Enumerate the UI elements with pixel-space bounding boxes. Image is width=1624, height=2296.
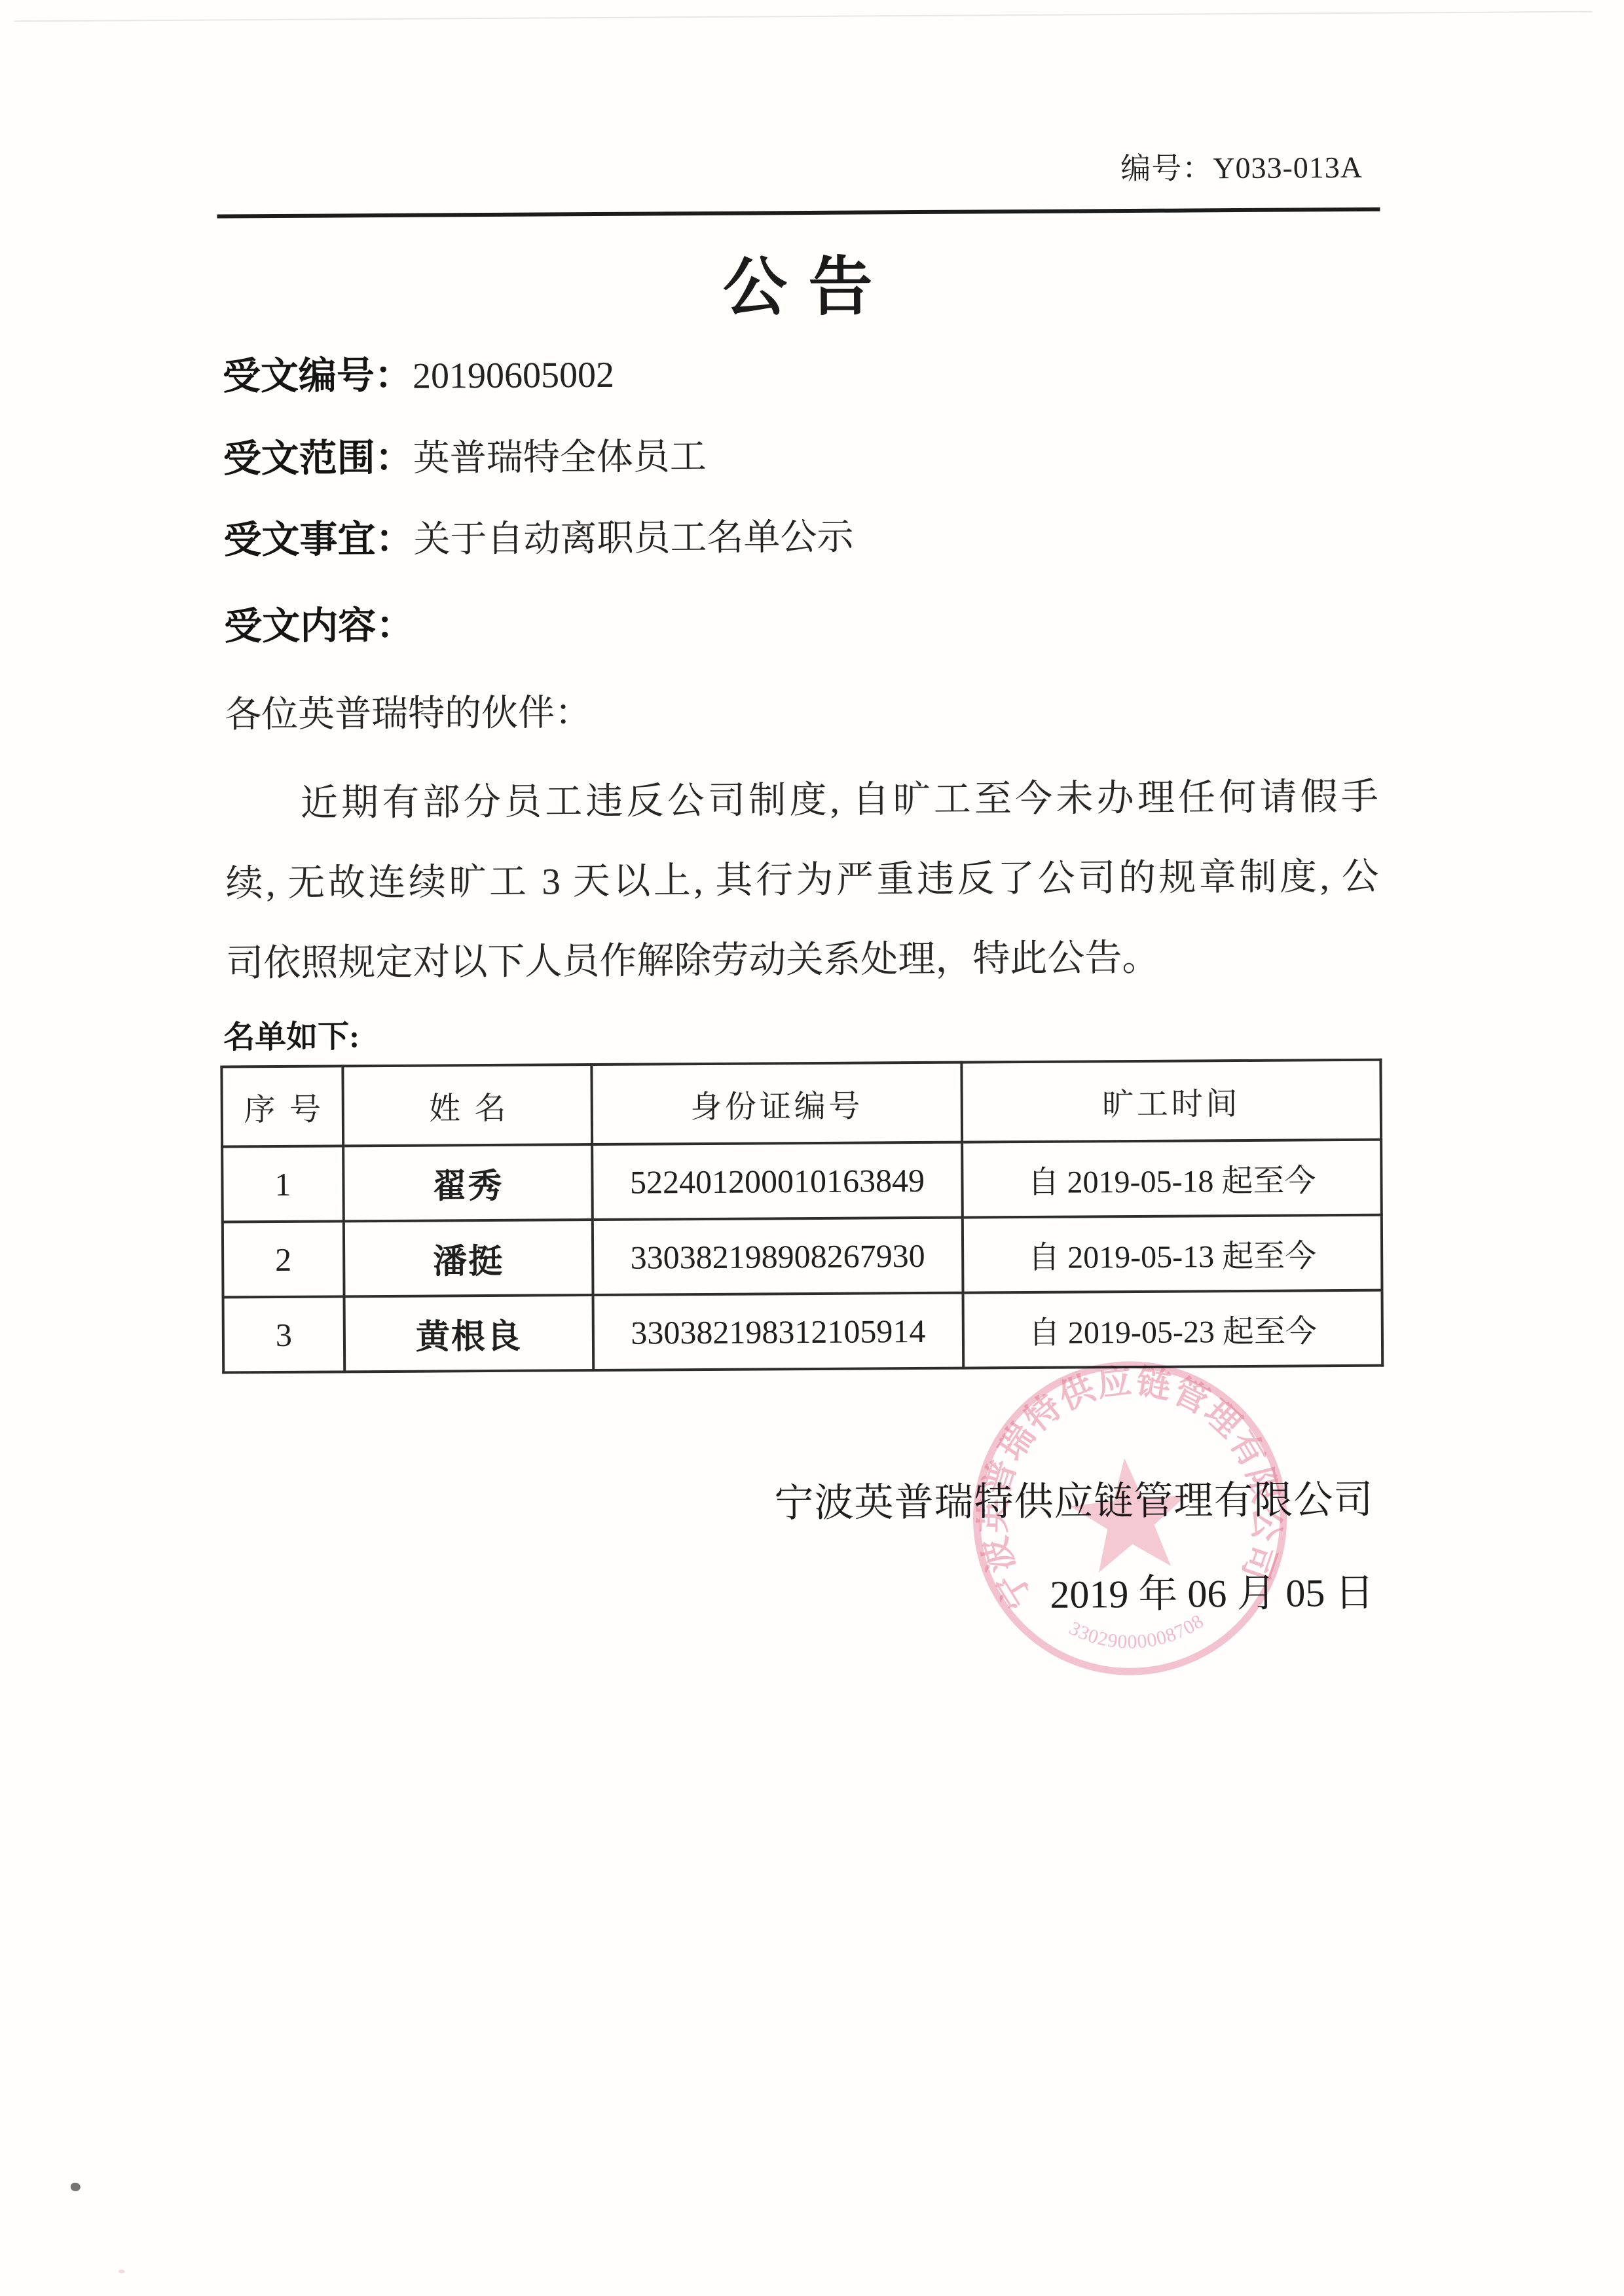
page-title: 公 告 xyxy=(217,232,1381,332)
header-rule xyxy=(217,208,1380,219)
cell-index: 3 xyxy=(223,1296,345,1372)
company-seal-stamp: 宁波英普瑞特供应链管理有限公司 33029000008708 xyxy=(960,1348,1300,1688)
meta-value: 英普瑞特全体员工 xyxy=(413,437,707,479)
meta-line-subject: 受文事宜：关于自动离职员工名单公示 xyxy=(223,505,854,564)
body-paragraph-line-2: 续, 无故连续旷工 3 天以上, 其行为严重违反了公司的规章制度, 公 xyxy=(225,847,1378,907)
ink-speck-artifact xyxy=(71,2183,81,2191)
table-row: 1 翟秀 522401200010163849 自 2019-05-18 起至今 xyxy=(222,1140,1382,1222)
cell-name: 黄根良 xyxy=(344,1295,594,1372)
seal-star-icon xyxy=(1066,1453,1193,1575)
scan-content: 编号：Y033-013A 公 告 受文编号：20190605002 受文范围：英… xyxy=(0,0,1624,2296)
svg-text:33029000008708: 33029000008708 xyxy=(1064,1605,1209,1660)
cell-name: 翟秀 xyxy=(343,1144,593,1221)
seal-code-text: 33029000008708 xyxy=(1064,1605,1209,1660)
scanned-announcement-page: 编号：Y033-013A 公 告 受文编号：20190605002 受文范围：英… xyxy=(0,0,1624,2296)
cell-name: 潘挺 xyxy=(344,1220,593,1296)
ink-speck-artifact xyxy=(119,2269,125,2273)
cell-id-number: 522401200010163849 xyxy=(592,1142,963,1220)
meta-label: 受文编号： xyxy=(223,354,413,398)
body-paragraph-line-1: 近期有部分员工违反公司制度, 自旷工至今未办理任何请假手 xyxy=(301,767,1378,827)
meta-value: 20190605002 xyxy=(413,355,614,397)
col-header-index: 序号 xyxy=(221,1066,343,1146)
col-header-id-number: 身份证编号 xyxy=(591,1063,962,1144)
meta-label: 受文范围： xyxy=(223,437,413,481)
meta-line-doc-number: 受文编号：20190605002 xyxy=(223,343,615,401)
cell-index: 1 xyxy=(222,1146,344,1222)
cell-absence-period: 自 2019-05-18 起至今 xyxy=(962,1140,1382,1218)
cell-id-number: 330382198908267930 xyxy=(593,1218,963,1295)
col-header-absence-period: 旷工时间 xyxy=(961,1060,1381,1142)
col-header-name: 姓名 xyxy=(342,1065,592,1146)
list-intro: 名单如下: xyxy=(223,1011,360,1057)
salutation: 各位英普瑞特的伙伴： xyxy=(225,683,591,738)
scan-artifact-line xyxy=(14,11,1593,22)
meta-label: 受文事宜： xyxy=(223,518,413,562)
document-serial-number: 编号：Y033-013A xyxy=(1120,143,1363,188)
meta-line-content: 受文内容： xyxy=(224,594,415,651)
meta-value: 关于自动离职员工名单公示 xyxy=(413,517,853,560)
table-header-row: 序号 姓名 身份证编号 旷工时间 xyxy=(221,1060,1381,1147)
body-paragraph-line-3: 司依照规定对以下人员作解除劳动关系处理，特此公告。 xyxy=(226,928,1159,987)
cell-index: 2 xyxy=(223,1221,344,1297)
cell-id-number: 330382198312105914 xyxy=(593,1293,964,1370)
dismissed-employees-table: 序号 姓名 身份证编号 旷工时间 1 翟秀 522401200010163849… xyxy=(220,1059,1384,1374)
meta-line-scope: 受文范围：英普瑞特全体员工 xyxy=(223,425,707,483)
table-row: 2 潘挺 330382198908267930 自 2019-05-13 起至今 xyxy=(223,1215,1382,1298)
cell-absence-period: 自 2019-05-13 起至今 xyxy=(963,1215,1382,1293)
meta-label: 受文内容： xyxy=(224,604,414,648)
